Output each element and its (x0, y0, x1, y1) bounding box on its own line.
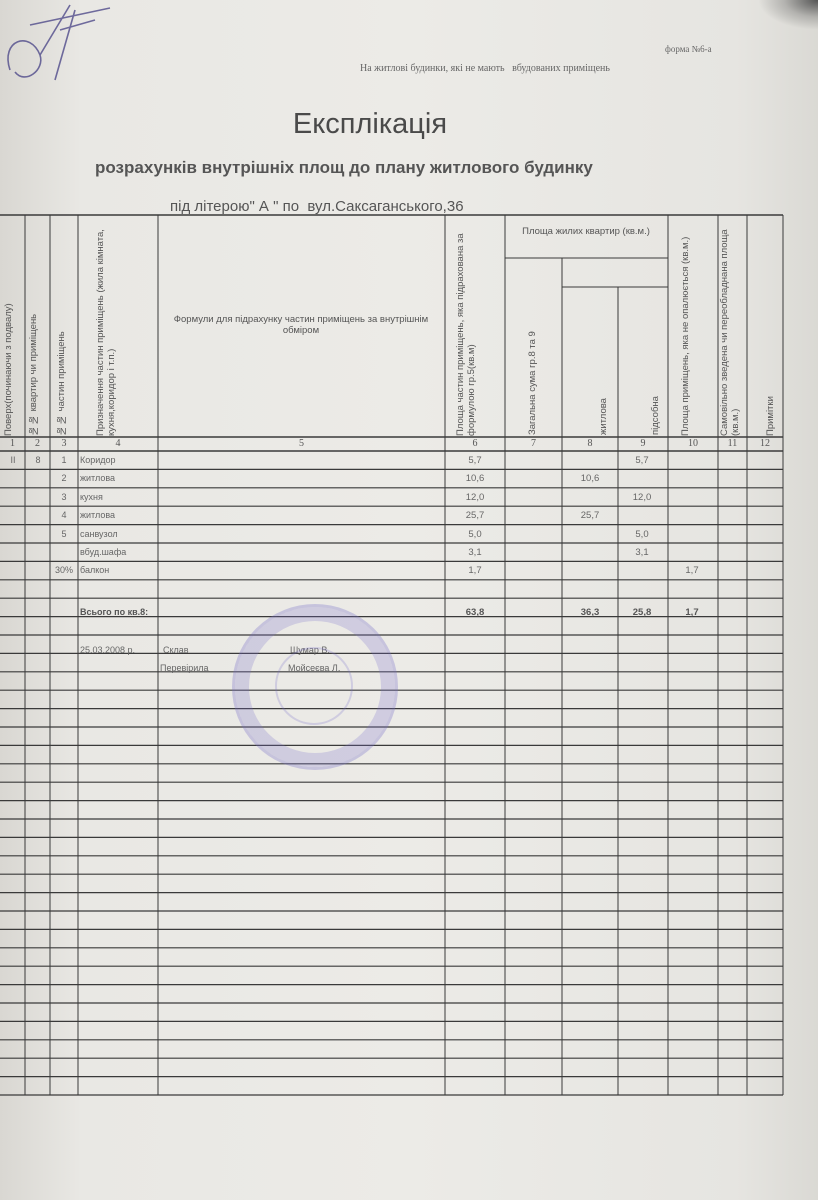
column-number-12: 12 (747, 438, 783, 449)
header-apartment-number: №№ квартир чи приміщень (28, 226, 46, 436)
cell-living: 25,7 (575, 510, 605, 521)
column-number-11: 11 (718, 438, 747, 449)
handwritten-signature (0, 0, 120, 90)
header-living: житлова (598, 300, 612, 435)
cell-living: 10,6 (575, 473, 605, 484)
cell-purpose: житлова (80, 510, 115, 520)
total-row-label: Всього по кв.8: (80, 607, 148, 617)
cell-area: 1,7 (460, 565, 490, 576)
header-part-number: №№ частин приміщень (56, 226, 74, 436)
cell-auxiliary: 3,1 (627, 547, 657, 558)
header-purpose: Призначення частин приміщень (жила кімна… (95, 226, 145, 436)
cell-auxiliary: 12,0 (627, 492, 657, 503)
column-number-9: 9 (618, 438, 668, 449)
header-area-by-formula: Площа частин приміщень, яка підрахована … (455, 226, 499, 436)
cell-area: 3,1 (460, 547, 490, 558)
cell-purpose: житлова (80, 473, 115, 483)
header-unauthorized: Самовільно зведена чи переобладнана площ… (719, 226, 745, 436)
header-auxiliary: підсобна (650, 300, 664, 435)
header-total-sum: Загальна сума гр.8 та 9 (527, 275, 545, 435)
cell-area: 5,0 (460, 529, 490, 540)
header-formulas: Формули для підрахунку частин приміщень … (160, 314, 442, 336)
column-number-2: 2 (25, 438, 50, 449)
cell-part-number: 4 (52, 510, 76, 520)
total-living: 36,3 (575, 607, 605, 618)
column-number-5: 5 (158, 438, 445, 449)
cell-part-number: 3 (52, 492, 76, 502)
table-grid-lines (0, 0, 818, 1200)
cell-part-number: 2 (52, 473, 76, 483)
cell-part-number: 1 (52, 455, 76, 465)
cell-area: 25,7 (460, 510, 490, 521)
cell-auxiliary: 5,0 (627, 529, 657, 540)
column-number-6: 6 (445, 438, 505, 449)
checked-by-label: Перевірила (160, 663, 209, 673)
document-page: форма №6-а На житлові будинки, які не ма… (0, 0, 818, 1200)
official-stamp (232, 604, 398, 770)
cell-purpose: кухня (80, 492, 103, 502)
total-auxiliary: 25,8 (627, 607, 657, 618)
column-number-10: 10 (668, 438, 718, 449)
total-area: 63,8 (460, 607, 490, 618)
cell-area: 10,6 (460, 473, 490, 484)
column-number-3: 3 (50, 438, 78, 449)
header-living-area-group: Площа жилих квартир (кв.м.) (507, 226, 665, 237)
header-floor: Поверх(починаючи з подвалу) (3, 226, 21, 436)
column-number-8: 8 (562, 438, 618, 449)
cell-part-number: 5 (52, 529, 76, 539)
compiled-by-label: Склав (163, 645, 189, 655)
total-unheated: 1,7 (677, 607, 707, 618)
header-notes: Примітки (765, 226, 779, 436)
cell-area: 12,0 (460, 492, 490, 503)
cell-purpose: балкон (80, 565, 109, 575)
signature-date: 25.03.2008 р. (80, 645, 135, 655)
cell-part-number: 30% (52, 565, 76, 575)
header-unheated: Площа приміщень, яка не опалюється (кв.м… (680, 226, 710, 436)
cell-purpose: Коридор (80, 455, 116, 465)
cell-unheated: 1,7 (677, 565, 707, 576)
cell-apartment: 8 (28, 455, 48, 465)
column-number-7: 7 (505, 438, 562, 449)
cell-auxiliary: 5,7 (627, 455, 657, 466)
cell-purpose: вбуд.шафа (80, 547, 126, 557)
stamp-inner-ring (275, 647, 353, 725)
explication-table: Поверх(починаючи з подвалу) №№ квартир ч… (0, 0, 818, 1200)
cell-floor: II (4, 455, 22, 465)
column-number-4: 4 (78, 438, 158, 449)
column-number-1: 1 (0, 438, 25, 449)
cell-area: 5,7 (460, 455, 490, 466)
cell-purpose: санвузол (80, 529, 118, 539)
